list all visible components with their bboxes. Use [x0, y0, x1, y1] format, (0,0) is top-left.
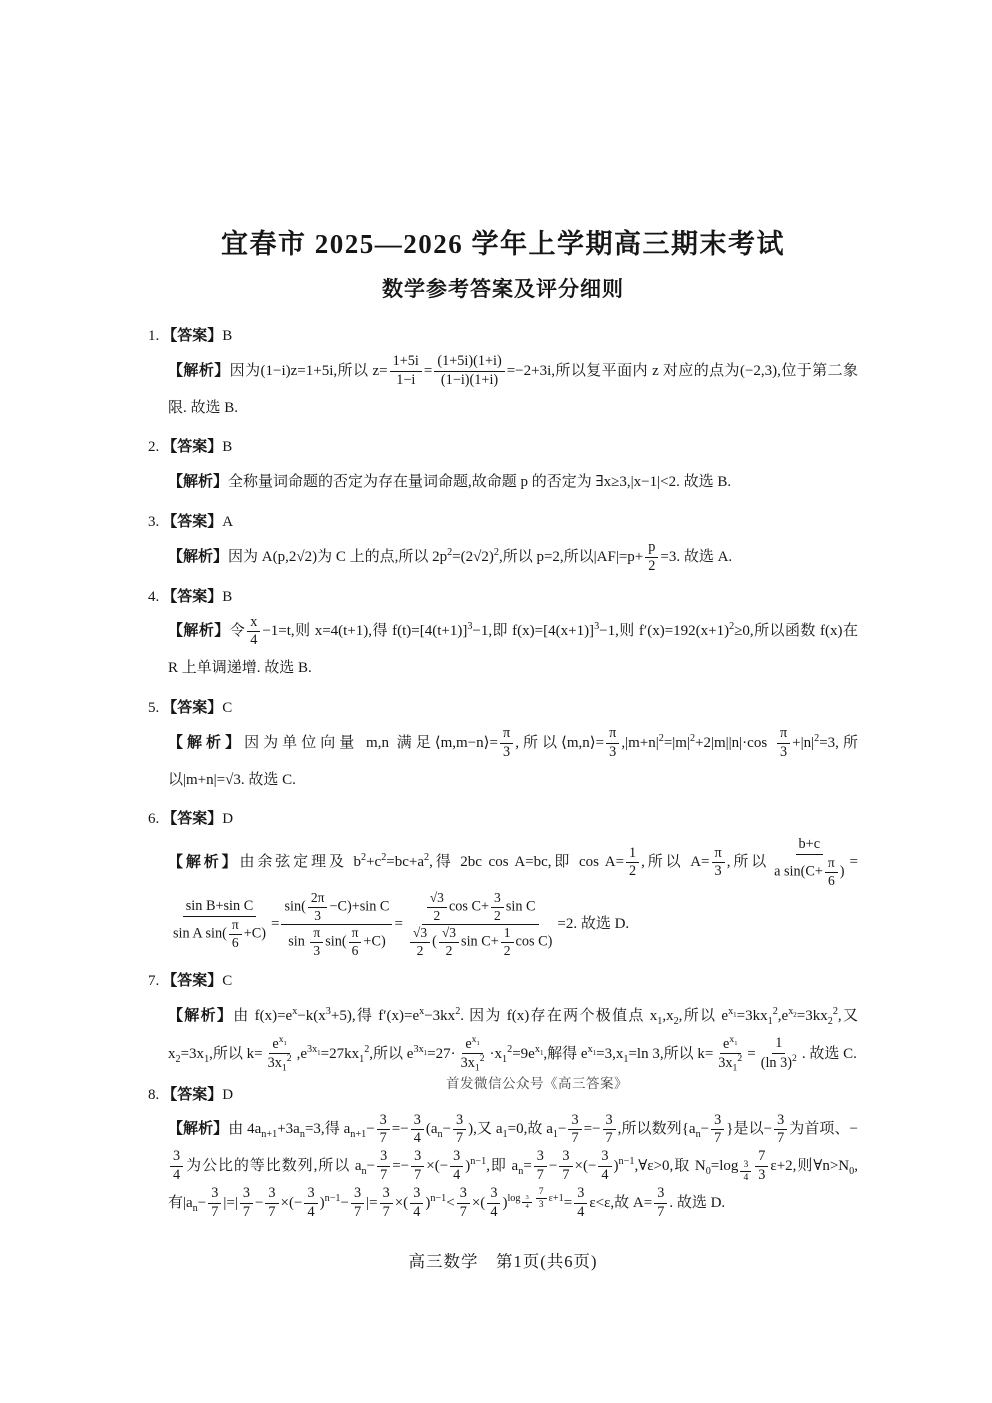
answer-label: 【答案】 — [162, 328, 222, 344]
analysis-paragraph: 【解析】由 f(x)=ex−k(x3+5),得 f′(x)=ex−3kx2. 因… — [168, 998, 858, 1074]
answer-line: 2.【答案】B — [148, 434, 858, 462]
answer-label: 【答案】 — [162, 589, 222, 605]
answer-label: 【答案】 — [162, 973, 222, 989]
answer-line: 7.【答案】C — [148, 968, 858, 996]
answer-choice: A — [222, 514, 233, 530]
analysis-paragraph: 【解析】因为 A(p,2√2)为 C 上的点,所以 2p2=(2√2)2,所以 … — [168, 539, 858, 576]
analysis-paragraph: 【解析】令x4−1=t,则 x=4(t+1),得 f(t)=[4(t+1)]3−… — [168, 613, 858, 687]
document-page: 宜春市 2025—2026 学年上学期高三期末考试 数学参考答案及评分细则 1.… — [0, 0, 992, 1403]
page-subtitle: 数学参考答案及评分细则 — [148, 273, 858, 303]
question-block: 4.【答案】B 【解析】令x4−1=t,则 x=4(t+1),得 f(t)=[4… — [148, 584, 858, 687]
analysis-label: 【解析】 — [168, 1121, 228, 1137]
analysis-content: 因为 A(p,2√2)为 C 上的点,所以 2p2=(2√2)2,所以 p=2,… — [228, 549, 732, 565]
question-number: 2. — [148, 439, 159, 455]
answer-choice: C — [222, 700, 232, 716]
question-block: 5.【答案】C 【解析】因为单位向量 m,n 满足⟨m,m−n⟩=π3,所以⟨m… — [148, 695, 858, 798]
analysis-label: 【解析】 — [168, 854, 240, 870]
question-number: 4. — [148, 589, 159, 605]
question-number: 1. — [148, 328, 159, 344]
watermark-text: 首发微信公众号《高三答案》 — [446, 1072, 628, 1092]
answer-choice: B — [222, 589, 232, 605]
answer-choice: C — [222, 973, 232, 989]
answer-choice: B — [222, 328, 232, 344]
analysis-content: 全称量词命题的否定为存在量词命题,故命题 p 的否定为 ∃x≥3,|x−1|<2… — [228, 474, 731, 490]
analysis-content: 由余弦定理及 b2+c2=bc+a2,得 2bc cos A=bc,即 cos … — [168, 854, 858, 932]
analysis-label: 【解析】 — [168, 363, 230, 379]
analysis-content: 由 4an+1+3an=3,得 an+1−37=−34(an−37),又 a1=… — [168, 1121, 858, 1211]
question-number: 5. — [148, 700, 159, 716]
analysis-paragraph: 【解析】因为单位向量 m,n 满足⟨m,m−n⟩=π3,所以⟨m,n⟩=π3,|… — [168, 725, 858, 799]
analysis-label: 【解析】 — [168, 623, 230, 639]
analysis-label: 【解析】 — [168, 549, 228, 565]
page-title: 宜春市 2025—2026 学年上学期高三期末考试 — [148, 222, 858, 261]
question-block: 1.【答案】B 【解析】因为(1−i)z=1+5i,所以 z=1+5i1−i=(… — [148, 323, 858, 426]
analysis-paragraph: 【解析】由 4an+1+3an=3,得 an+1−37=−34(an−37),又… — [168, 1111, 858, 1222]
question-block: 2.【答案】B 【解析】全称量词命题的否定为存在量词命题,故命题 p 的否定为 … — [148, 434, 858, 501]
analysis-label: 【解析】 — [168, 474, 228, 490]
answer-choice: B — [222, 439, 232, 455]
analysis-label: 【解析】 — [168, 735, 244, 751]
answer-choice: D — [222, 811, 233, 827]
page-footer: 高三数学 第1页(共6页) — [148, 1248, 858, 1272]
answer-label: 【答案】 — [162, 811, 222, 827]
question-number: 7. — [148, 973, 159, 989]
analysis-content: 因为单位向量 m,n 满足⟨m,m−n⟩=π3,所以⟨m,n⟩=π3,|m+n|… — [168, 735, 858, 788]
answer-choice: D — [222, 1087, 233, 1103]
answer-line: 3.【答案】A — [148, 509, 858, 537]
analysis-content: 由 f(x)=ex−k(x3+5),得 f′(x)=ex−3kx2. 因为 f(… — [168, 1008, 858, 1062]
answer-label: 【答案】 — [162, 700, 222, 716]
answer-line: 1.【答案】B — [148, 323, 858, 351]
answer-line: 5.【答案】C — [148, 695, 858, 723]
question-block: 3.【答案】A 【解析】因为 A(p,2√2)为 C 上的点,所以 2p2=(2… — [148, 509, 858, 576]
question-number: 6. — [148, 811, 159, 827]
analysis-content: 因为(1−i)z=1+5i,所以 z=1+5i1−i=(1+5i)(1+i)(1… — [168, 363, 858, 416]
question-number: 3. — [148, 514, 159, 530]
answer-label: 【答案】 — [162, 439, 222, 455]
analysis-content: 令x4−1=t,则 x=4(t+1),得 f(t)=[4(t+1)]3−1,即 … — [168, 623, 858, 676]
analysis-paragraph: 【解析】因为(1−i)z=1+5i,所以 z=1+5i1−i=(1+5i)(1+… — [168, 353, 858, 427]
question-block: 8.【答案】D 【解析】由 4an+1+3an=3,得 an+1−37=−34(… — [148, 1082, 858, 1222]
analysis-label: 【解析】 — [168, 1008, 233, 1024]
answer-label: 【答案】 — [162, 1087, 222, 1103]
question-block: 6.【答案】D 【解析】由余弦定理及 b2+c2=bc+a2,得 2bc cos… — [148, 806, 858, 960]
question-number: 8. — [148, 1087, 159, 1103]
answer-line: 4.【答案】B — [148, 584, 858, 612]
analysis-paragraph: 【解析】由余弦定理及 b2+c2=bc+a2,得 2bc cos A=bc,即 … — [168, 836, 858, 960]
question-block: 7.【答案】C 【解析】由 f(x)=ex−k(x3+5),得 f′(x)=ex… — [148, 968, 858, 1073]
answer-label: 【答案】 — [162, 514, 222, 530]
answer-line: 6.【答案】D — [148, 806, 858, 834]
analysis-paragraph: 【解析】全称量词命题的否定为存在量词命题,故命题 p 的否定为 ∃x≥3,|x−… — [168, 464, 858, 501]
